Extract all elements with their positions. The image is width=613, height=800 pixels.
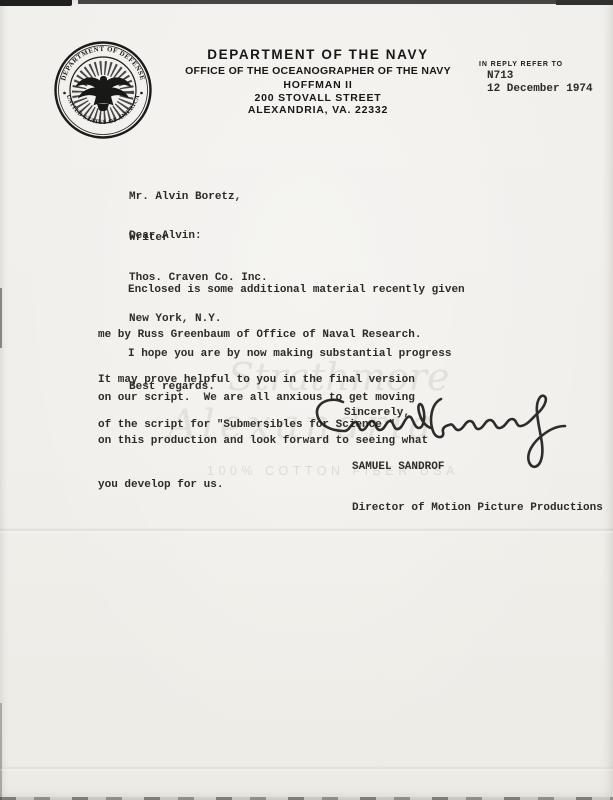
letterhead-department: DEPARTMENT OF THE NAVY bbox=[118, 47, 518, 62]
signature-block: SAMUEL SANDROF Director of Motion Pictur… bbox=[352, 434, 603, 542]
reply-reference-code: N713 bbox=[487, 70, 513, 83]
letter-date: 12 December 1974 bbox=[487, 83, 593, 96]
letterhead-office: OFFICE OF THE OCEANOGRAPHER OF THE NAVY bbox=[118, 65, 518, 77]
signer-typed-name: SAMUEL SANDROF bbox=[352, 461, 603, 475]
scan-edge-top bbox=[78, 0, 556, 4]
letter-page: Strathmore Alexandria 100% COTTON FIBER … bbox=[0, 0, 613, 800]
recipient-name: Mr. Alvin Boretz, bbox=[129, 191, 268, 205]
scan-edge-left-mark bbox=[0, 288, 2, 348]
paper-fold-crease-lower bbox=[0, 766, 613, 771]
scan-edge-top-left bbox=[0, 0, 72, 6]
paragraph-line: I hope you are by now making substantial… bbox=[98, 347, 451, 362]
in-reply-refer-to-label: IN REPLY REFER TO bbox=[479, 61, 563, 68]
stray-period-mark: . bbox=[264, 419, 271, 434]
paragraph-line: Enclosed is some additional material rec… bbox=[98, 283, 465, 298]
letterhead-city: ALEXANDRIA, VA. 22332 bbox=[118, 104, 518, 116]
letterhead-street: 200 STOVALL STREET bbox=[118, 92, 518, 104]
scan-edge-top-right bbox=[556, 0, 613, 5]
signer-typed-title: Director of Motion Picture Productions bbox=[352, 502, 603, 516]
closing-line: Best regards. bbox=[129, 380, 215, 395]
letterhead-building: HOFFMAN II bbox=[118, 79, 518, 91]
valediction: Sincerely, bbox=[344, 406, 410, 421]
scan-edge-left-lower bbox=[0, 703, 2, 800]
salutation: Dear Alvin: bbox=[129, 229, 202, 244]
